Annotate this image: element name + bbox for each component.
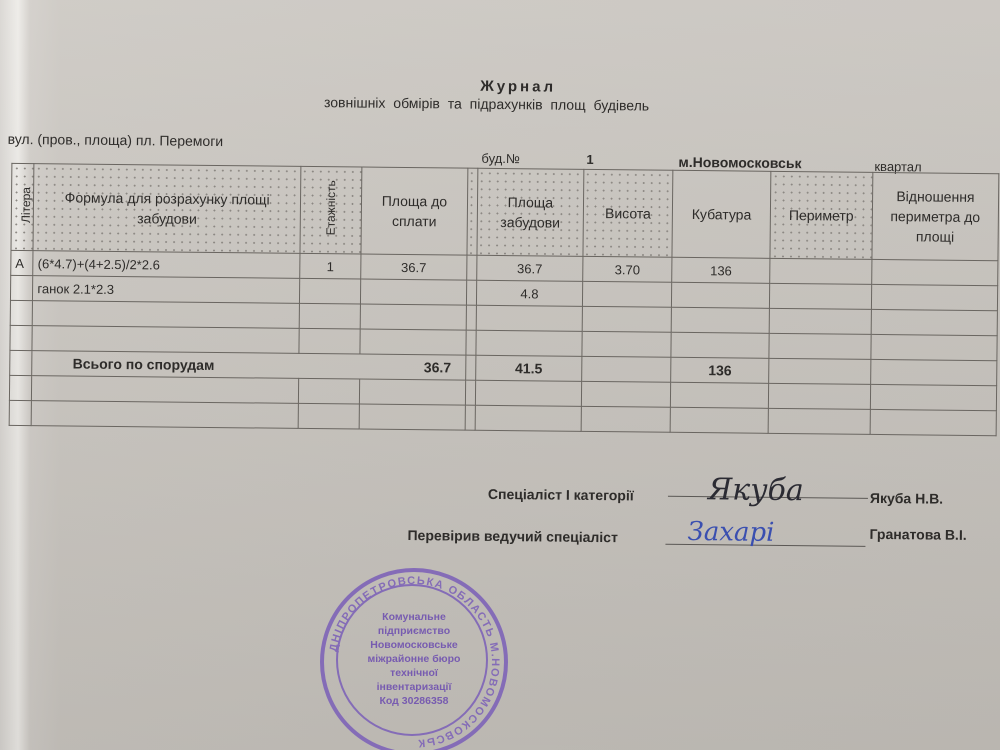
document-subtitle: зовнішніх обмірів та підрахунків площ бу… — [324, 94, 649, 113]
cell-letter: А — [11, 250, 34, 275]
building-number: 1 — [586, 152, 593, 167]
cell-area_paid — [360, 304, 466, 330]
cell-area_paid: 36.7 — [361, 254, 467, 280]
cell-empty — [465, 405, 475, 430]
cell-area_paid — [360, 279, 466, 305]
cell-volume — [672, 282, 770, 308]
cell-perimeter — [770, 258, 872, 284]
cell-empty — [9, 375, 32, 400]
stamp-line: Код 30286358 — [324, 694, 504, 708]
cell-empty — [768, 408, 870, 434]
stamp-line: Комунальне — [324, 610, 504, 624]
stamp-line: інвентаризації — [324, 680, 504, 694]
cell-perimeter — [769, 283, 871, 309]
total-area-paid: 36.7 — [424, 359, 451, 375]
cell-floors — [299, 303, 360, 329]
cell-height: 3.70 — [582, 256, 672, 282]
cell-ratio — [871, 284, 998, 310]
cell-spacer — [466, 280, 476, 305]
total-area-built: 41.5 — [476, 355, 582, 381]
cell-height — [582, 281, 672, 307]
cell-empty — [671, 382, 769, 408]
cell-formula — [33, 301, 300, 329]
cell-area_built — [476, 330, 582, 356]
header-height: Висота — [583, 169, 673, 257]
stamp-line: Новомосковське — [324, 638, 504, 652]
cell-volume — [671, 332, 769, 358]
cell-empty — [870, 384, 997, 410]
cell-empty — [581, 406, 671, 432]
cell-area_built — [476, 305, 582, 331]
cell-empty — [359, 379, 465, 405]
signer-name-2: Гранатова В.І. — [869, 526, 966, 543]
cell-area_paid — [360, 329, 466, 355]
signature-1: Якуба — [708, 472, 804, 508]
cell-height — [582, 331, 672, 357]
official-stamp: ДНІПРОПЕТРОВСЬКА ОБЛАСТЬ М.НОВОМОСКОВСЬК… — [320, 568, 508, 750]
cell-formula: (6*4.7)+(4+2.5)/2*2.6 — [33, 251, 300, 279]
header-ratio: Відношення периметра до площі — [872, 172, 999, 260]
cell-empty — [9, 400, 32, 425]
cell-ratio — [871, 334, 998, 360]
cell-empty — [475, 405, 581, 431]
signature-2: Захарі — [687, 517, 774, 548]
stamp-text: КомунальнепідприємствоНовомосковськеміжр… — [324, 610, 504, 708]
cell-empty — [359, 404, 465, 430]
stamp-line: технічної — [324, 666, 504, 680]
cell-spacer — [466, 305, 476, 330]
cell-empty — [465, 380, 475, 405]
table-header-row: Літера Формула для розрахунку площі забу… — [11, 163, 999, 260]
cell-spacer — [467, 255, 477, 280]
cell-letter — [10, 300, 33, 325]
header-formula: Формула для розрахунку площі забудови — [33, 164, 300, 254]
cell-empty — [298, 378, 359, 404]
cell-area_built: 4.8 — [476, 280, 582, 306]
stamp-line: міжрайонне бюро — [324, 652, 504, 666]
cell-floors: 1 — [300, 253, 361, 279]
header-letter: Літера — [11, 163, 34, 250]
cell-ratio — [871, 309, 998, 335]
cell-letter — [10, 325, 33, 350]
cell-area_built: 36.7 — [477, 255, 583, 281]
signer-role-2: Перевірив ведучий спеціаліст — [407, 527, 618, 545]
header-area-built: Площа забудови — [477, 168, 584, 256]
header-volume: Кубатура — [672, 170, 771, 258]
total-label: Всього по спорудам — [73, 356, 215, 373]
header-floors: Етажність — [300, 166, 362, 254]
cell-letter — [10, 275, 33, 300]
cell-ratio — [871, 259, 998, 285]
measurement-table: Літера Формула для розрахунку площі забу… — [9, 163, 1000, 436]
signer-role-1: Спеціаліст І категорії — [488, 486, 634, 504]
header-area-paid: Площа до сплати — [361, 167, 468, 255]
document-title: Журнал — [480, 78, 556, 96]
cell-empty — [768, 383, 870, 409]
cell-empty — [870, 409, 997, 435]
cell-formula: ганок 2.1*2.3 — [33, 276, 300, 304]
cell-empty — [32, 376, 299, 404]
cell-formula — [32, 326, 299, 354]
cell-empty — [32, 401, 299, 429]
cell-floors — [299, 278, 360, 304]
signer-name-1: Якуба Н.В. — [870, 490, 943, 507]
building-label: буд.№ — [481, 151, 520, 166]
total-volume: 136 — [671, 357, 769, 383]
cell-empty — [581, 381, 671, 407]
cell-volume — [671, 307, 769, 333]
city-name: м.Новомосковськ — [678, 154, 801, 171]
cell-empty — [475, 380, 581, 406]
header-perimeter: Периметр — [770, 171, 873, 259]
cell-empty — [670, 407, 768, 433]
cell-height — [582, 306, 672, 332]
stamp-line: підприємство — [324, 624, 504, 638]
cell-empty — [298, 403, 359, 429]
cell-perimeter — [769, 333, 871, 359]
cell-volume: 136 — [672, 257, 770, 283]
cell-floors — [299, 328, 360, 354]
cell-spacer — [466, 330, 476, 355]
street-line: вул. (пров., площа) пл. Перемоги — [8, 131, 224, 149]
cell-perimeter — [769, 308, 871, 334]
